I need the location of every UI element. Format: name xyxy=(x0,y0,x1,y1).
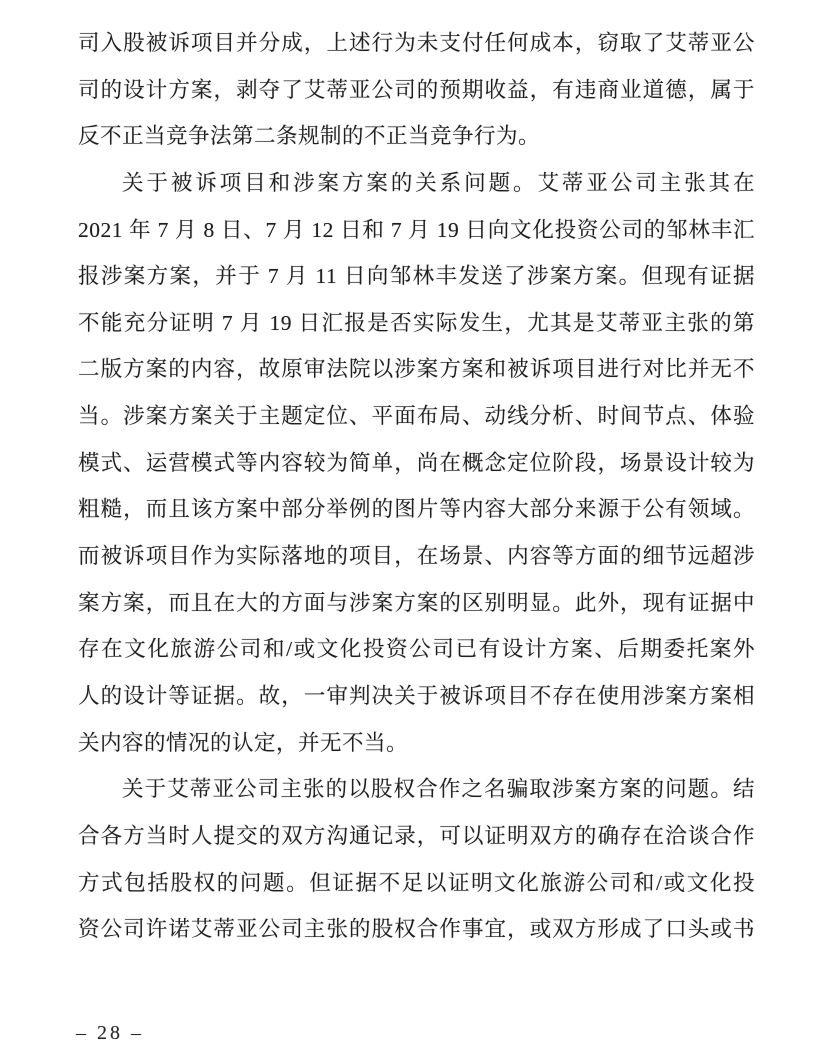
text-line: 二版方案的内容，故原审法院以涉案方案和被诉项目进行对比并无不 xyxy=(78,346,755,393)
text-line: 司入股被诉项目并分成，上述行为未支付任何成本，窃取了艾蒂亚公 xyxy=(78,20,755,67)
text-line: 人的设计等证据。故，一审判决关于被诉项目不存在使用涉案方案相 xyxy=(78,673,755,720)
text-line: 而被诉项目作为实际落地的项目，在场景、内容等方面的细节远超涉 xyxy=(78,533,755,580)
document-page: 司入股被诉项目并分成，上述行为未支付任何成本，窃取了艾蒂亚公司的设计方案，剥夺了… xyxy=(0,0,828,1056)
paragraph: 关于被诉项目和涉案方案的关系问题。艾蒂亚公司主张其在2021 年 7 月 8 日… xyxy=(78,160,755,766)
paragraph: 司入股被诉项目并分成，上述行为未支付任何成本，窃取了艾蒂亚公司的设计方案，剥夺了… xyxy=(78,20,755,160)
text-line: 关于被诉项目和涉案方案的关系问题。艾蒂亚公司主张其在 xyxy=(78,160,755,207)
text-line: 当。涉案方案关于主题定位、平面布局、动线分析、时间节点、体验 xyxy=(78,393,755,440)
text-line: 方式包括股权的问题。但证据不足以证明文化旅游公司和/或文化投 xyxy=(78,860,755,907)
text-line: 司的设计方案，剥夺了艾蒂亚公司的预期收益，有违商业道德，属于 xyxy=(78,67,755,114)
text-line: 存在文化旅游公司和/或文化投资公司已有设计方案、后期委托案外 xyxy=(78,626,755,673)
text-line: 报涉案方案，并于 7 月 11 日向邹林丰发送了涉案方案。但现有证据 xyxy=(78,253,755,300)
text-line: 2021 年 7 月 8 日、7 月 12 日和 7 月 19 日向文化投资公司… xyxy=(78,207,755,254)
text-line: 模式、运营模式等内容较为简单，尚在概念定位阶段，场景设计较为 xyxy=(78,440,755,487)
text-line: 资公司许诺艾蒂亚公司主张的股权合作事宜，或双方形成了口头或书 xyxy=(78,906,755,953)
text-line: 关内容的情况的认定，并无不当。 xyxy=(78,720,755,767)
text-line: 合各方当时人提交的双方沟通记录，可以证明双方的确存在洽谈合作 xyxy=(78,813,755,860)
text-block: 司入股被诉项目并分成，上述行为未支付任何成本，窃取了艾蒂亚公司的设计方案，剥夺了… xyxy=(78,20,755,953)
paragraph: 关于艾蒂亚公司主张的以股权合作之名骗取涉案方案的问题。结合各方当时人提交的双方沟… xyxy=(78,766,755,953)
text-line: 反不正当竞争法第二条规制的不正当竞争行为。 xyxy=(78,113,755,160)
text-line: 关于艾蒂亚公司主张的以股权合作之名骗取涉案方案的问题。结 xyxy=(78,766,755,813)
page-number: – 28 – xyxy=(76,1018,144,1048)
text-line: 粗糙，而且该方案中部分举例的图片等内容大部分来源于公有领域。 xyxy=(78,486,755,533)
text-line: 案方案，而且在大的方面与涉案方案的区别明显。此外，现有证据中 xyxy=(78,580,755,627)
text-line: 不能充分证明 7 月 19 日汇报是否实际发生，尤其是艾蒂亚主张的第 xyxy=(78,300,755,347)
